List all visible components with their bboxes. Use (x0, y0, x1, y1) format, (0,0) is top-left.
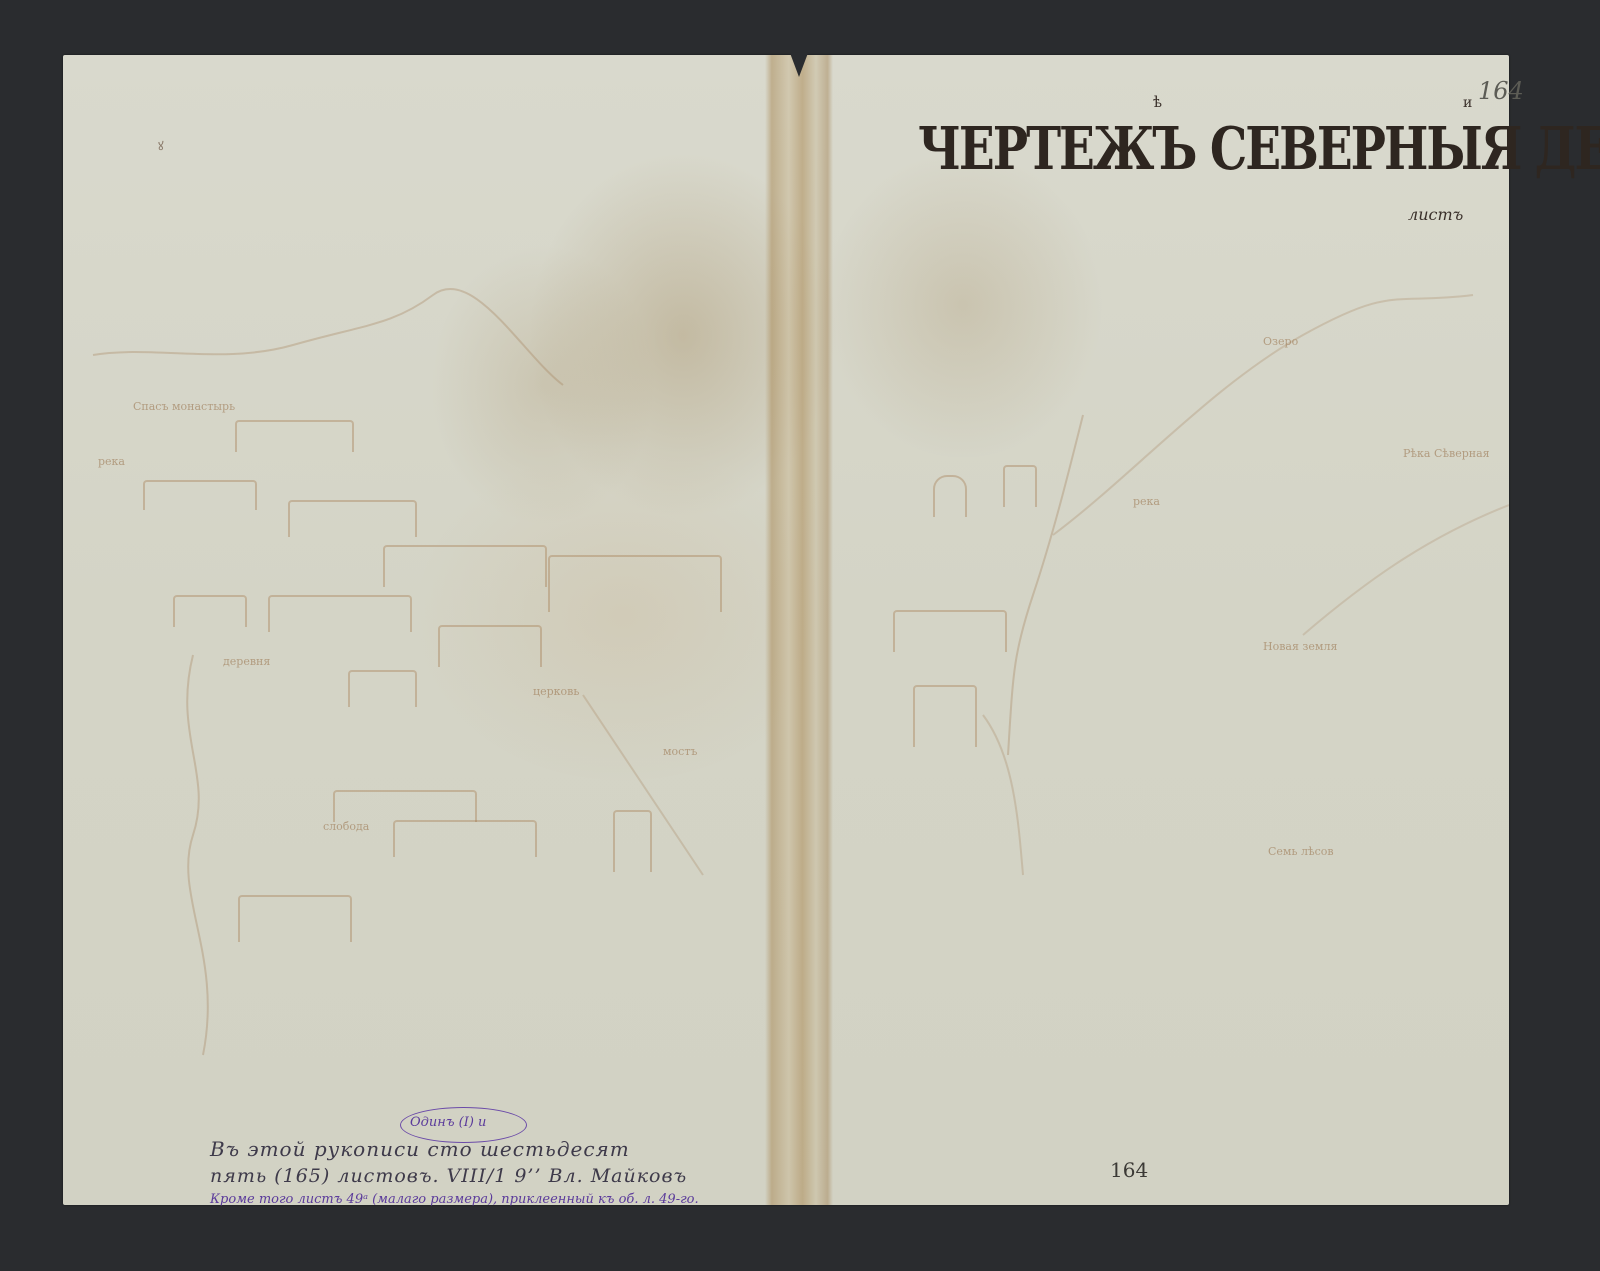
folio-number-bottom: 164 (1110, 1158, 1148, 1182)
building-sketch (235, 420, 354, 452)
map-label: река (1133, 495, 1160, 508)
building-sketch (933, 475, 967, 517)
building-sketch (383, 545, 547, 587)
left-page: ꙋ Спасъ монастырь река деревня церковь с… (63, 55, 763, 1205)
map-label: церковь (533, 685, 579, 698)
manuscript-sheet: ꙋ Спасъ монастырь река деревня церковь с… (63, 55, 1509, 1205)
building-sketch (393, 820, 537, 857)
building-sketch (333, 790, 477, 822)
building-sketch (268, 595, 412, 632)
note-line: Въ этой рукописи сто шестьдесят (210, 1137, 630, 1161)
building-sketch (238, 895, 352, 942)
note-line-pencil: Кроме того листъ 49ᵃ (малаго размера), п… (210, 1192, 699, 1207)
note-line-pencil: Одинъ (I) и (410, 1115, 486, 1130)
map-label: Новая земля (1263, 640, 1337, 653)
map-label: Озеро (1263, 335, 1298, 348)
map-label: Семь лѣсов (1268, 845, 1334, 858)
map-label: Спасъ монастырь (133, 400, 235, 413)
right-page: 164 ѣ и ЧЕРТЕЖЪ СЕВЕРНЫЯ ДЕЛАЙ КУДА: лис… (833, 55, 1509, 1205)
map-label: деревня (223, 655, 270, 668)
map-label: река (98, 455, 125, 468)
note-line: пять (165) листовъ. VIII/1 9’’ Вл. Майко… (210, 1165, 687, 1187)
building-sketch (913, 685, 977, 747)
building-sketch (288, 500, 417, 537)
building-sketch (893, 610, 1007, 652)
map-label: мостъ (663, 745, 697, 758)
building-sketch (1003, 465, 1037, 507)
building-sketch (143, 480, 257, 510)
map-label: Рѣка Сѣверная (1403, 447, 1490, 460)
building-sketch (548, 555, 722, 612)
building-sketch (438, 625, 542, 667)
binding-spine (765, 55, 833, 1205)
spine-notch (790, 53, 808, 77)
building-sketch (613, 810, 652, 872)
building-sketch (348, 670, 417, 707)
building-sketch (173, 595, 247, 627)
bleed-through-map (63, 55, 763, 1205)
